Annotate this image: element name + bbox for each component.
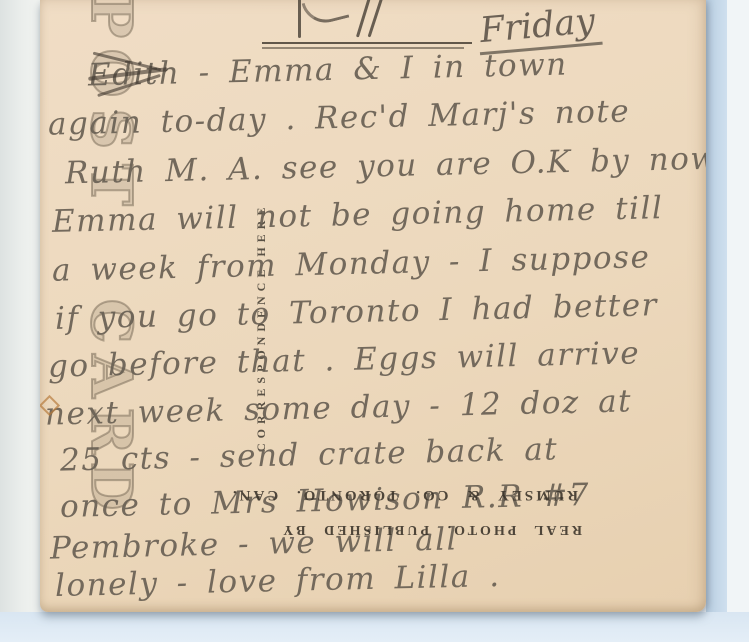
pencil-scribble-mark: [298, 0, 428, 40]
address-divider-line: [262, 42, 472, 49]
postcard-back: P O S T C A R D CORRESPONDENCE HERE Frid…: [40, 0, 706, 612]
postcard-photo: P O S T C A R D CORRESPONDENCE HERE Frid…: [0, 0, 749, 642]
photo-left-border: [0, 0, 40, 612]
handwriting-line: Ruth M. A. see you are O.K by now: [65, 141, 706, 192]
photo-right-border-white: [727, 0, 749, 612]
publisher-imprint-line: REAL PHOTO. PUBLISHED BY: [282, 521, 582, 537]
photo-right-border-blue: [706, 0, 727, 612]
publisher-imprint-line: RUMSEY & CO. TORONTO. CAN.: [108, 486, 578, 503]
photo-bottom-border: [0, 612, 749, 642]
strikethrough-scrawl: [86, 56, 172, 98]
